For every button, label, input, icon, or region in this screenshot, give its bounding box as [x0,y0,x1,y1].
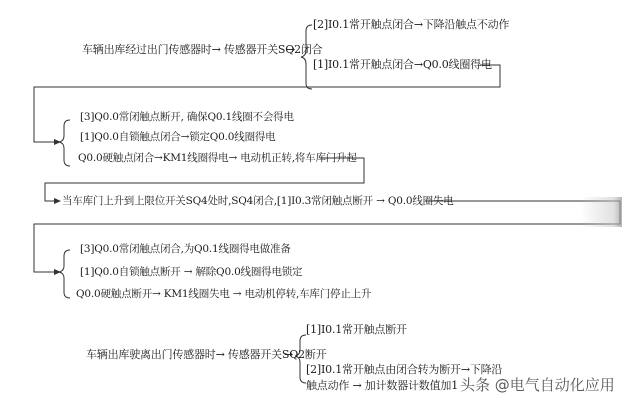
section4-line1: [3]Q0.0常闭触点闭合,为Q0.1线圈得电做准备 [80,243,291,255]
page-shadow [580,197,622,227]
section1-branch-bottom: [1]I0.1常开触点闭合→Q0.0线圈得电 [313,59,492,71]
brace-section1 [301,25,312,89]
section2-line2: [1]Q0.0自锁触点闭合→锁定Q0.0线圈得电 [80,131,275,143]
section4-line3: Q0.0硬触点断开→ KM1线圈失电 → 电动机停转,车库门停止上升 [76,288,371,300]
section5-branch-bottom-line2: 触点动作 → 加计数器计数值加1 [306,380,458,392]
section3-line: 当车库门上升到上限位开关SQ4处时,SQ4闭合,[1]I0.3常闭触点断开 → … [62,195,454,207]
section2-line3: Q0.0硬触点闭合→KM1线圈得电→ 电动机正转,将车库门升起 [78,152,357,164]
section5-arrow-icon: → [284,349,293,361]
connector-3-4 [34,201,620,272]
section1-arrow-icon: → [286,44,295,56]
watermark: 头条 @电气自动化应用 [460,374,615,395]
section4-line2: [1]Q0.0自锁触点断开 → 解除Q0.0线圈得电锁定 [80,266,302,278]
section5-branch-top: [1]I0.1常开触点断开 [306,324,407,336]
section2-line1: [3]Q0.0常闭触点断开, 确保Q0.1线圈不会得电 [80,111,294,123]
section1-branch-top: [2]I0.1常开触点闭合→下降沿触点不动作 [313,19,509,31]
